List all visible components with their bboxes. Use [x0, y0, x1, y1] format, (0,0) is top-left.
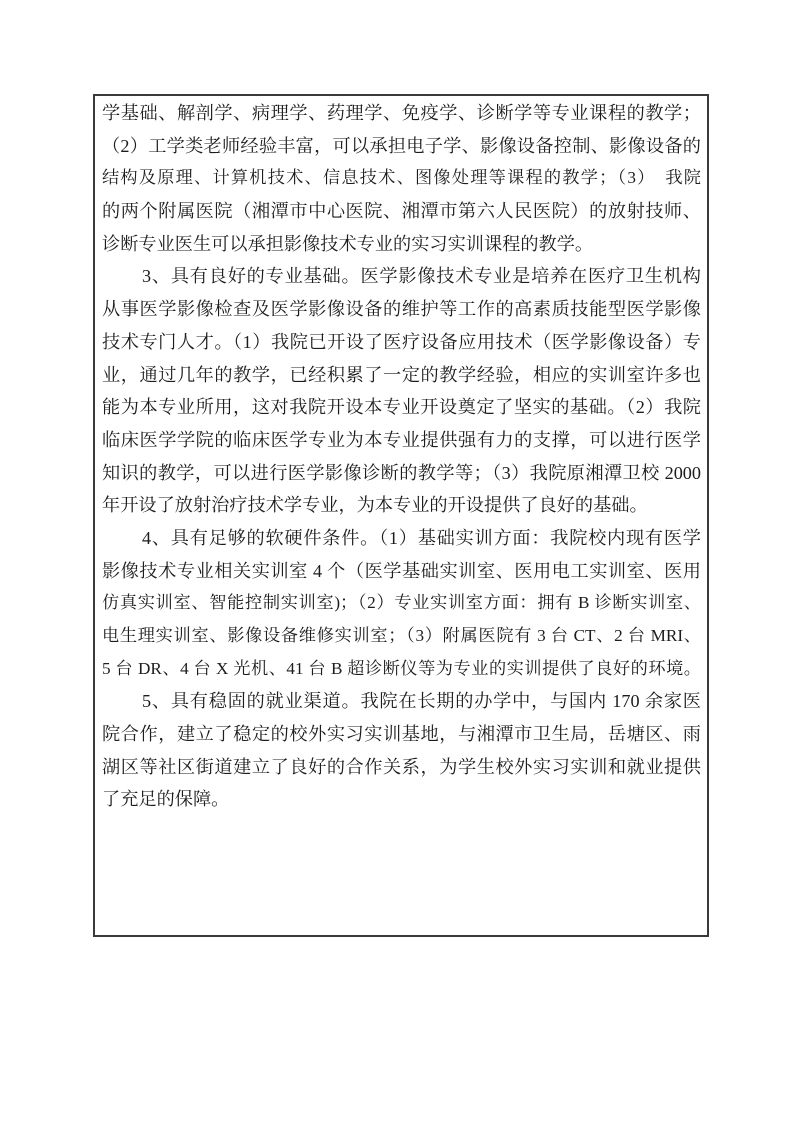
- text-line: 学基础、解剖学、病理学、药理学、免疫学、诊断学等专业课程的教学；: [102, 97, 701, 130]
- text-line: 业，通过几年的教学，已经积累了一定的教学经验，相应的实训室许多也: [102, 359, 701, 392]
- table-cell: 学基础、解剖学、病理学、药理学、免疫学、诊断学等专业课程的教学； （2）工学类老…: [93, 94, 709, 937]
- text-line: 电生理实训室、影像设备维修实训室；（3）附属医院有 3 台 CT、2 台 MRI…: [102, 620, 701, 653]
- text-line: 年开设了放射治疗技术学专业，为本专业的开设提供了良好的基础。: [102, 489, 701, 522]
- text-line: 的两个附属医院（湘潭市中心医院、湘潭市第六人民医院）的放射技师、: [102, 195, 701, 228]
- document-page: 学基础、解剖学、病理学、药理学、免疫学、诊断学等专业课程的教学； （2）工学类老…: [0, 0, 793, 1122]
- text-line: 知识的教学，可以进行医学影像诊断的教学等；（3）我院原湘潭卫校 2000: [102, 457, 701, 490]
- text-line: 5、具有稳固的就业渠道。我院在长期的办学中，与国内 170 余家医: [102, 685, 701, 718]
- text-line: 临床医学学院的临床医学专业为本专业提供强有力的支撑，可以进行医学: [102, 424, 701, 457]
- text-line: 院合作，建立了稳定的校外实习实训基地，与湘潭市卫生局，岳塘区、雨: [102, 718, 701, 751]
- text-line: 结构及原理、计算机技术、信息技术、图像处理等课程的教学；（3） 我院: [102, 162, 701, 195]
- text-line: 了充足的保障。: [102, 783, 701, 816]
- text-line: 湖区等社区街道建立了良好的合作关系，为学生校外实习实训和就业提供: [102, 751, 701, 784]
- text-line: 技术专门人才。（1）我院已开设了医疗设备应用技术（医学影像设备）专: [102, 326, 701, 359]
- text-line: 5 台 DR、4 台 X 光机、41 台 B 超诊断仪等为专业的实训提供了良好的…: [102, 653, 701, 686]
- text-line: 3、具有良好的专业基础。医学影像技术专业是培养在医疗卫生机构: [102, 260, 701, 293]
- text-line: 从事医学影像检查及医学影像设备的维护等工作的高素质技能型医学影像: [102, 293, 701, 326]
- text-line: 影像技术专业相关实训室 4 个（医学基础实训室、医用电工实训室、医用: [102, 555, 701, 588]
- text-line: 4、具有足够的软硬件条件。（1）基础实训方面：我院校内现有医学: [102, 522, 701, 555]
- text-line: 诊断专业医生可以承担影像技术专业的实习实训课程的教学。: [102, 228, 701, 261]
- text-line: 能为本专业所用，这对我院开设本专业开设奠定了坚实的基础。（2）我院: [102, 391, 701, 424]
- text-line: 仿真实训室、智能控制实训室)；（2）专业实训室方面：拥有 B 诊断实训室、: [102, 587, 701, 620]
- text-line: （2）工学类老师经验丰富，可以承担电子学、影像设备控制、影像设备的: [102, 130, 701, 163]
